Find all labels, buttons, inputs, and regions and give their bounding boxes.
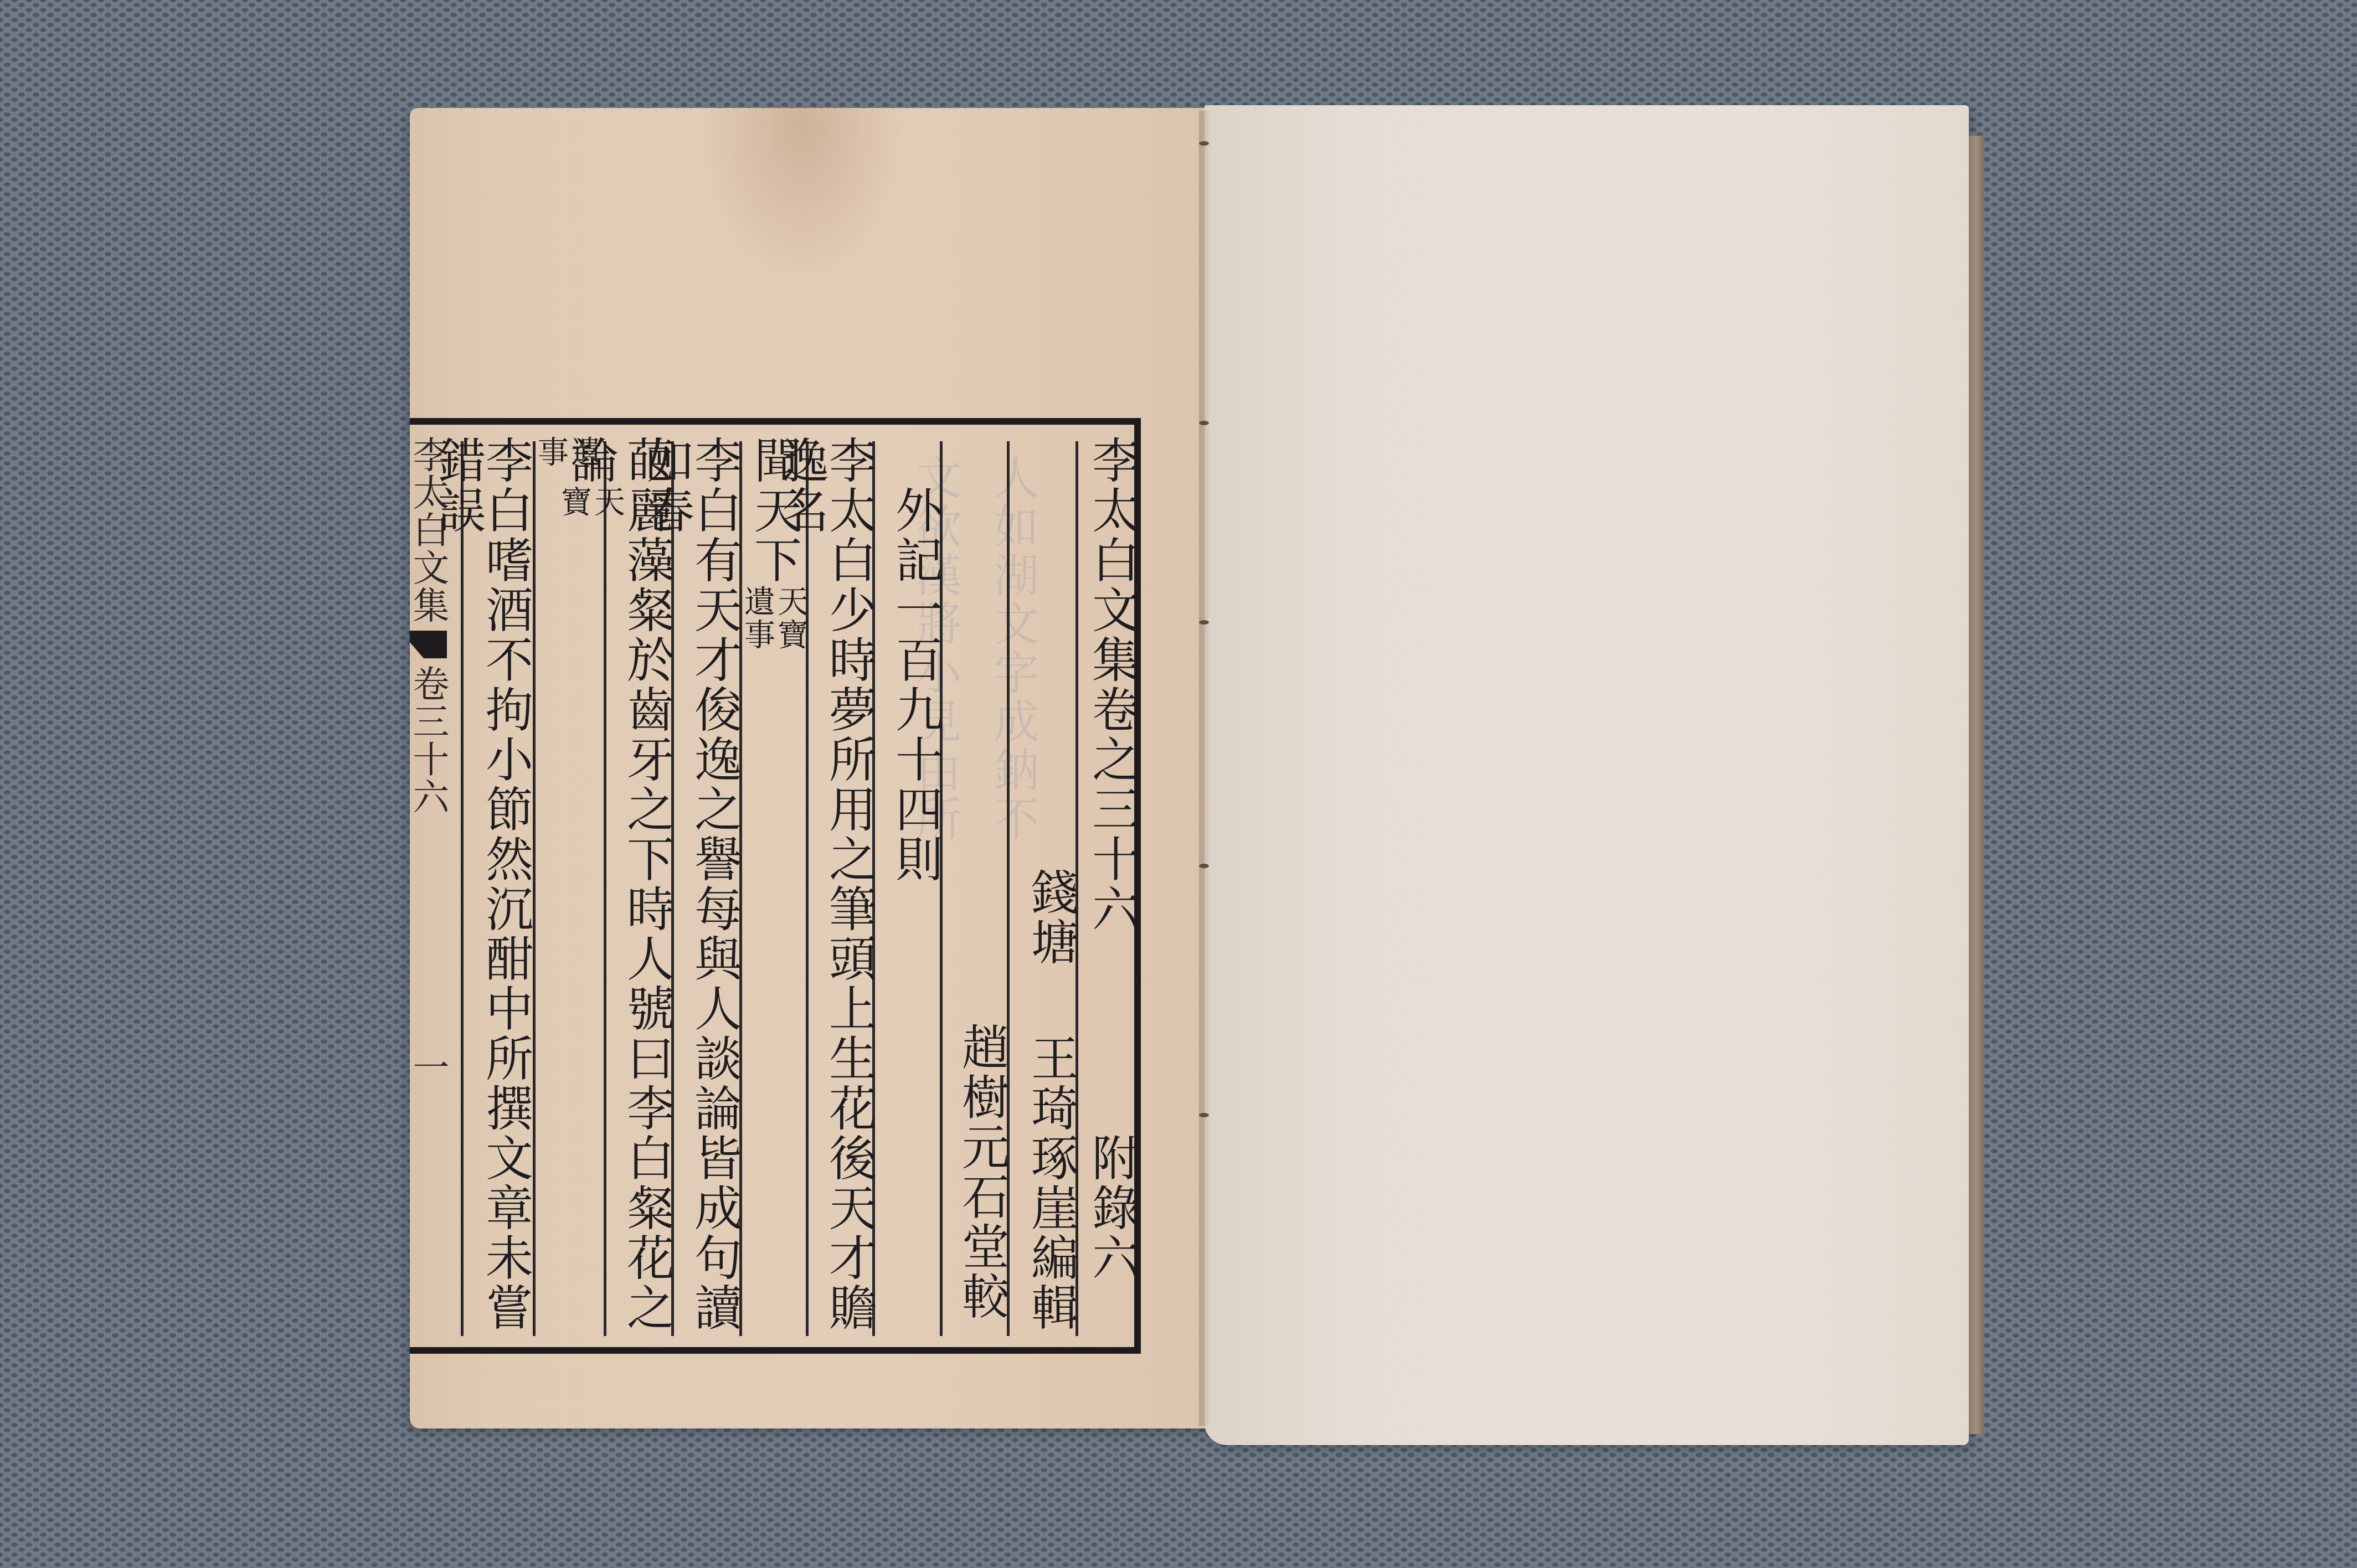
right-page-blank (1205, 105, 1969, 1445)
editor-name: 王琦琢崖編輯 (1023, 1034, 1078, 1333)
binding-hole (1199, 864, 1209, 868)
section-title: 外記一百九十四則 (891, 486, 939, 884)
print-frame: 李太白文集卷三十六一 李太白文集卷之三十六附錄六 錢塘王琦琢崖編輯 趙樹元石堂較… (410, 418, 1141, 1354)
book-title-heading: 李太白文集卷之三十六 (1084, 436, 1139, 934)
column-rule (533, 441, 536, 1336)
text-column: 李白有天才俊逸之譽每與人談論皆成句讀如春 (677, 425, 738, 1347)
editor-column: 錢塘王琦琢崖編輯 (1013, 425, 1074, 1347)
column-rule (806, 441, 809, 1336)
text-column: 葩麗藻粲於齒牙之下時人號曰李白粲花之論天寶 (609, 425, 670, 1347)
book-gutter (1199, 111, 1210, 1426)
text-column: 遺事 (538, 425, 599, 1347)
editor-place: 錢塘 (1027, 868, 1074, 967)
entry-text: 聞天下 (746, 436, 801, 585)
collator-name: 趙樹元石堂較 (958, 1023, 1005, 1322)
text-column: 聞天下天寶遺事 (745, 425, 806, 1347)
appendix-label: 附錄六 (1088, 1133, 1135, 1283)
water-stain (698, 108, 908, 285)
heading-column: 李太白文集卷之三十六附錄六 (1083, 425, 1135, 1347)
source-note: 天寶遺事 (742, 585, 806, 652)
column-rule (461, 441, 464, 1336)
binding-hole (1199, 141, 1209, 146)
margin-volume: 卷三十六 (410, 665, 449, 816)
section-column: 外記一百九十四則 (878, 425, 939, 1347)
text-column: 李白嗜酒不拘小節然沉酣中所撰文章未嘗錯誤 (468, 425, 529, 1347)
fish-tail-mark (410, 631, 447, 658)
margin-column: 李太白文集卷三十六一 (410, 425, 454, 1347)
source-note: 遺事 (535, 436, 599, 469)
text-column: 李太白少時夢所用之筆頭上生花後天才贍逸名 (811, 425, 872, 1347)
book-fore-edge (1969, 136, 1984, 1434)
column-rule (604, 441, 606, 1336)
binding-hole (1199, 620, 1209, 625)
binding-hole (1199, 1113, 1209, 1117)
collator-column: 趙樹元石堂較 (944, 425, 1005, 1347)
margin-page-number: 一 (410, 1048, 449, 1086)
open-book: 人如湖文字成鈉不 文欲漢將小見由所 李太白文集卷三十六一 李太白文集卷之三十六附… (0, 0, 2357, 1568)
binding-hole (1199, 421, 1209, 425)
